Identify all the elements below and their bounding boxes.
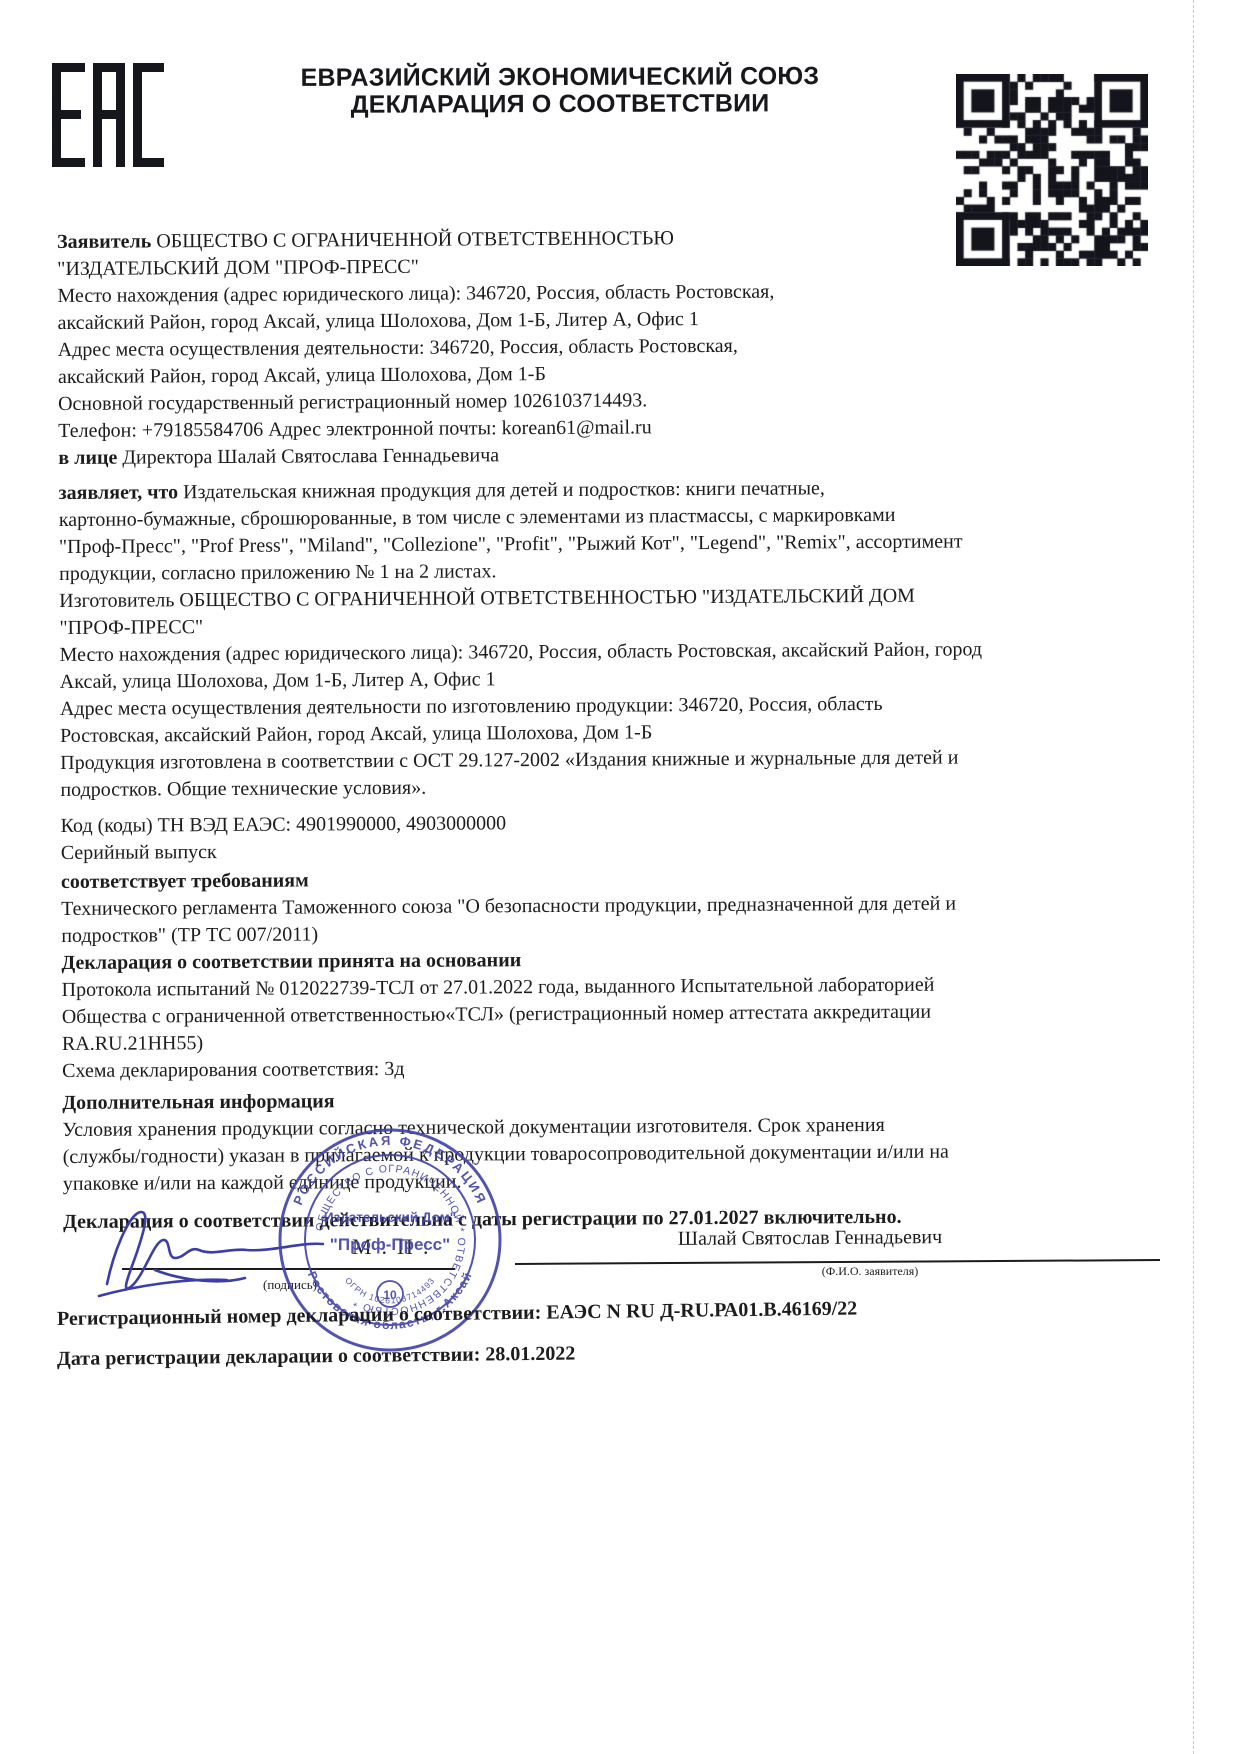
paragraph: Код (коды) ТН ВЭД ЕАЭС: 4901990000, 4903… bbox=[61, 806, 1146, 867]
paragraph: Дополнительная информацияУсловия хранени… bbox=[62, 1083, 1148, 1198]
scan-fold-line bbox=[1193, 0, 1194, 1754]
stamp-number: 10 bbox=[383, 1288, 397, 1302]
doc-line: подростков. Общие технические условия». bbox=[60, 770, 1145, 804]
declaration-body: Заявитель ОБЩЕСТВО С ОГРАНИЧЕННОЙ ОТВЕТС… bbox=[57, 222, 1148, 1236]
paragraph: соответствует требованиямТехнического ре… bbox=[61, 862, 1146, 950]
paragraph: Заявитель ОБЩЕСТВО С ОГРАНИЧЕННОЙ ОТВЕТС… bbox=[57, 222, 1143, 472]
doc-line: упаковке и/или на каждой единице продукц… bbox=[63, 1164, 1148, 1198]
title-line-2: ДЕКЛАРАЦИЯ О СООТВЕТСТВИИ bbox=[280, 90, 840, 119]
document-title: ЕВРАЗИЙСКИЙ ЭКОНОМИЧЕСКИЙ СОЮЗ ДЕКЛАРАЦИ… bbox=[280, 63, 840, 119]
eac-logo-icon bbox=[52, 62, 164, 168]
stamp-text-company-2: "Проф-Пресс" bbox=[330, 1235, 450, 1254]
applicant-name: Шалай Святослав Геннадьевич bbox=[610, 1226, 1010, 1252]
stamp-text-company-1: Издательский Дом" bbox=[324, 1210, 456, 1225]
paragraph: заявляет, что Издательская книжная проду… bbox=[59, 473, 1145, 588]
title-line-1: ЕВРАЗИЙСКИЙ ЭКОНОМИЧЕСКИЙ СОЮЗ bbox=[280, 63, 840, 92]
doc-line: Схема декларирования соответствия: 3д bbox=[62, 1051, 1147, 1085]
doc-line: в лице Директора Шалай Святослава Геннад… bbox=[58, 438, 1143, 472]
declaration-document: ЕВРАЗИЙСКИЙ ЭКОНОМИЧЕСКИЙ СОЮЗ ДЕКЛАРАЦИ… bbox=[0, 0, 1240, 1754]
paragraph: Декларация о соответствии принята на осн… bbox=[61, 943, 1147, 1085]
fio-caption: (Ф.И.О. заявителя) bbox=[770, 1264, 970, 1279]
paragraph: Изготовитель ОБЩЕСТВО С ОГРАНИЧЕННОЙ ОТВ… bbox=[59, 581, 1145, 804]
registration-date-line: Дата регистрации декларации о соответств… bbox=[57, 1343, 576, 1371]
